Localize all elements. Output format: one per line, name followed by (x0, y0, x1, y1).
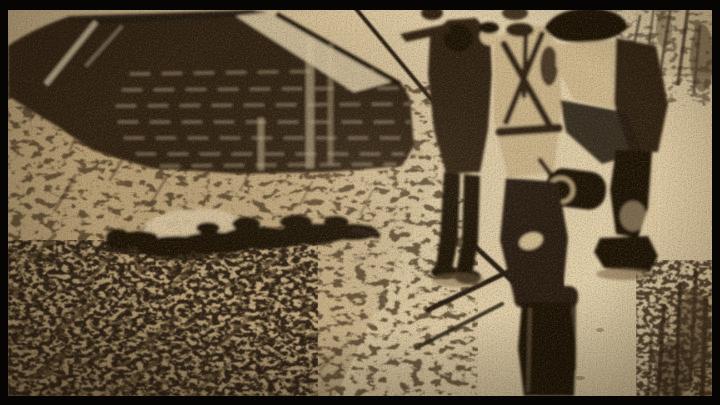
letterbox-left (0, 0, 8, 405)
letterbox-bottom (0, 396, 720, 405)
photo-canvas (0, 0, 720, 405)
letterbox-top (0, 0, 720, 10)
letterbox-right (712, 0, 720, 405)
vignette (8, 10, 712, 396)
video-frame (0, 0, 720, 405)
